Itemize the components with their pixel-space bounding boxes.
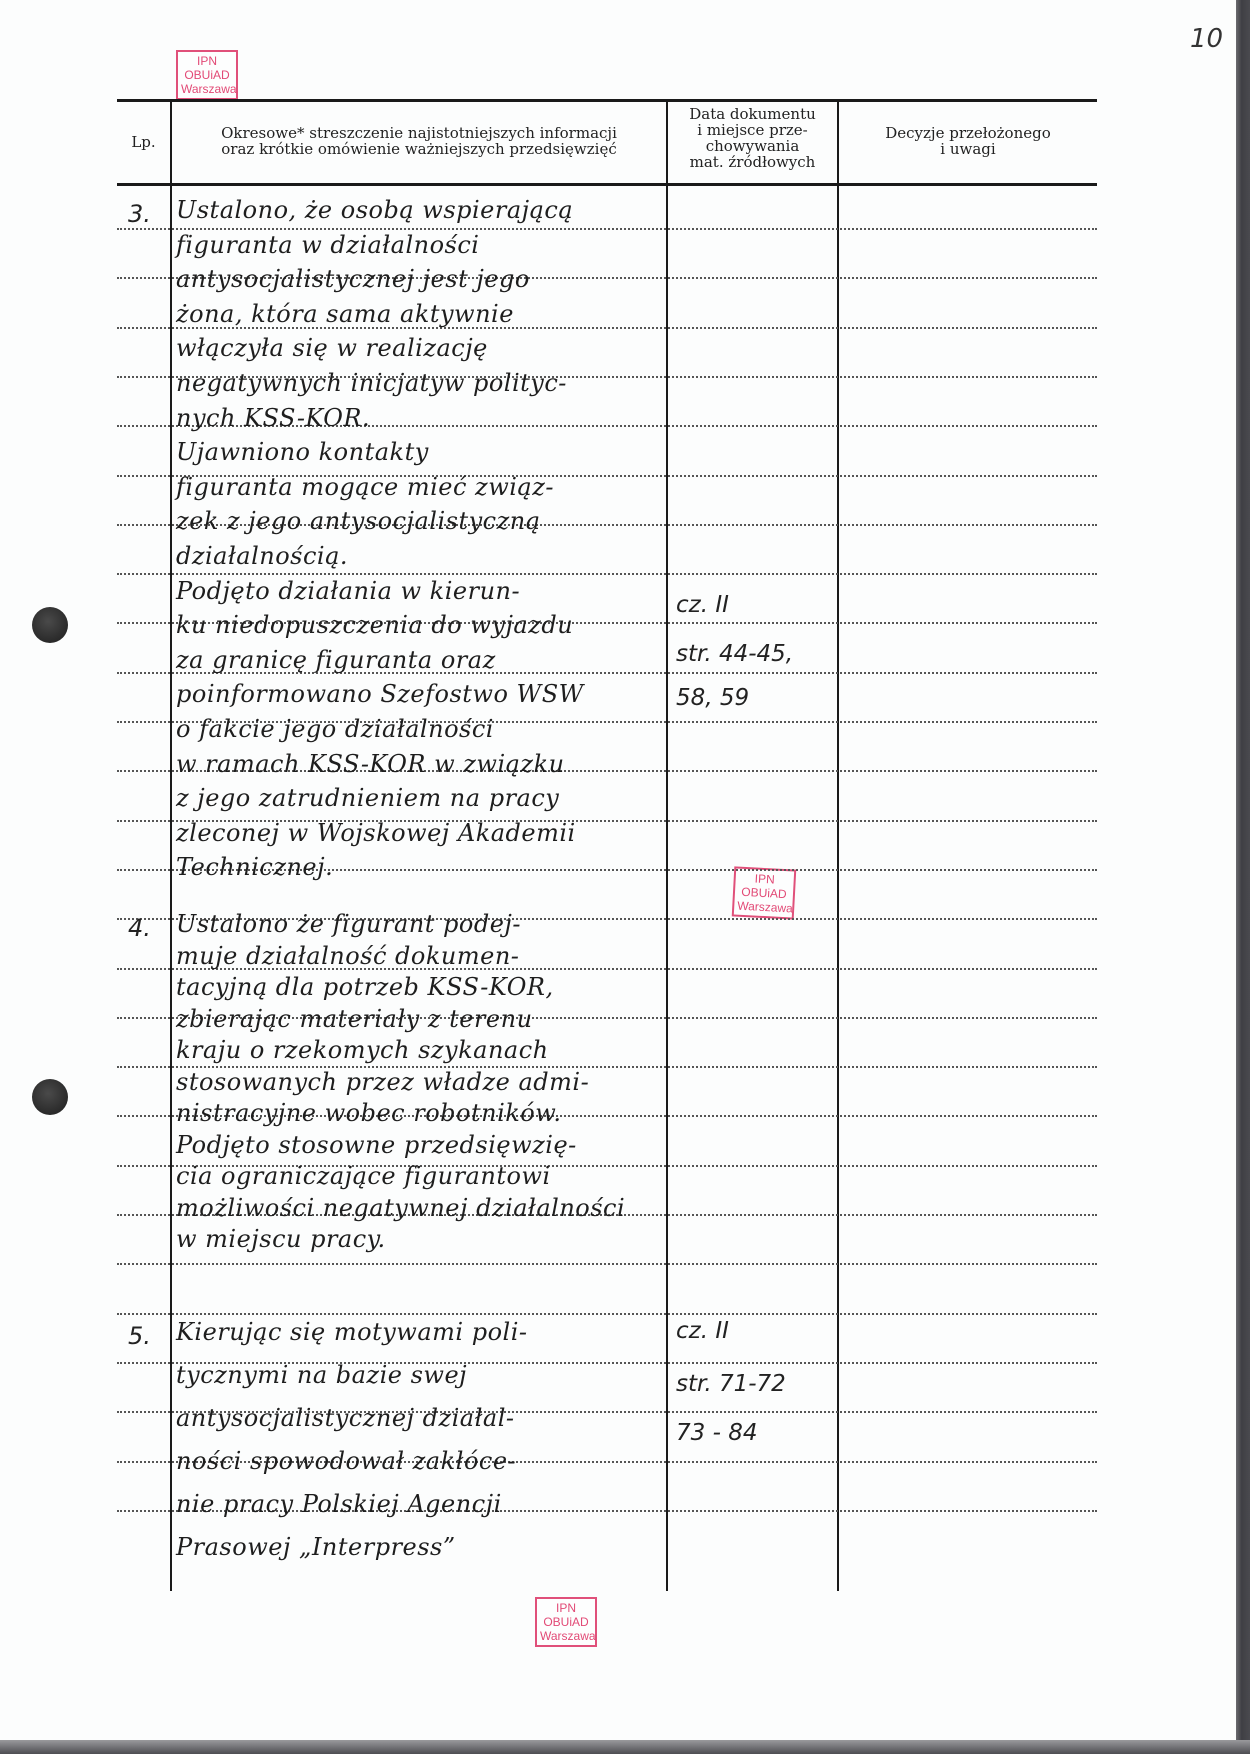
handwritten-line: zbierając materiały z terenu (176, 1005, 533, 1033)
handwritten-line: Technicznej. (176, 853, 333, 881)
header-summary: Okresowe* streszczenie najistotniejszych… (172, 125, 666, 157)
source-reference: cz. II (676, 592, 729, 618)
ruled-line (117, 228, 1097, 230)
scanner-edge-right (1236, 0, 1250, 1754)
handwritten-line: tacyjną dla potrzeb KSS-KOR, (176, 973, 554, 1001)
handwritten-line: Podjęto działania w kierun- (176, 577, 520, 605)
handwritten-line: o fakcie jego działalności (176, 715, 494, 743)
entry-number: 5. (128, 1322, 151, 1350)
source-reference: cz. II (676, 1318, 729, 1344)
handwritten-line: Prasowej „Interpress” (176, 1533, 456, 1561)
ruled-line (117, 1263, 1097, 1265)
ipn-stamp-top: IPN OBUiAD Warszawa (176, 50, 238, 100)
handwritten-line: za granicę figuranta oraz (176, 646, 496, 674)
handwritten-line: negatywnych inicjatyw polityc- (176, 369, 567, 397)
handwritten-line: figuranta w działalności (176, 231, 479, 259)
handwritten-line: Ustalono że figurant podej- (176, 910, 521, 938)
ipn-stamp-bottom: IPN OBUiAD Warszawa (535, 1597, 597, 1647)
source-reference: 58, 59 (676, 685, 749, 711)
table-top-rule (117, 99, 1097, 102)
handwritten-line: figuranta mogące mieć związ- (176, 473, 554, 501)
page-number: 10 (1190, 24, 1223, 54)
handwritten-line: zek z jego antysocjalistyczną (176, 507, 541, 535)
handwritten-line: w ramach KSS-KOR w związku (176, 750, 565, 778)
handwritten-line: nych KSS-KOR. (176, 404, 370, 432)
handwritten-line: Podjęto stosowne przedsięwzię- (176, 1131, 577, 1159)
handwritten-line: Ujawniono kontakty (176, 438, 429, 466)
punch-hole-bottom (32, 1079, 68, 1115)
header-decisions: Decyzje przełożonego i uwagi (839, 125, 1097, 157)
handwritten-line: włączyła się w realizację (176, 334, 488, 362)
handwritten-line: kraju o rzekomych szykanach (176, 1036, 549, 1064)
source-reference: 73 - 84 (676, 1420, 757, 1446)
column-divider-summary (666, 101, 668, 1591)
handwritten-line: cia ograniczające figurantowi (176, 1162, 551, 1190)
punch-hole-top (32, 607, 68, 643)
handwritten-line: ku niedopuszczenia do wyjazdu (176, 611, 573, 639)
handwritten-line: nie pracy Polskiej Agencji (176, 1490, 502, 1518)
handwritten-line: z jego zatrudnieniem na pracy (176, 784, 559, 812)
handwritten-line: nistracyjne wobec robotników. (176, 1099, 562, 1127)
handwritten-line: możliwości negatywnej działalności (176, 1194, 625, 1222)
handwritten-line: muje działalność dokumen- (176, 942, 519, 970)
handwritten-line: antysocjalistycznej jest jego (176, 265, 530, 293)
source-reference: str. 71-72 (676, 1371, 786, 1397)
column-divider-lp (170, 101, 172, 1591)
handwritten-line: poinformowano Szefostwo WSW (176, 680, 584, 708)
header-date-place: Data dokumentu i miejsce prze- chowywani… (668, 106, 837, 170)
source-reference: str. 44-45, (676, 641, 793, 667)
entry-number: 3. (128, 200, 151, 228)
handwritten-line: działalnością. (176, 542, 348, 570)
ruled-line (117, 1313, 1097, 1315)
header-lp: Lp. (117, 134, 170, 150)
handwritten-line: zleconej w Wojskowej Akademii (176, 819, 576, 847)
column-divider-date (837, 101, 839, 1591)
entry-number: 4. (128, 914, 151, 942)
handwritten-line: ności spowodował zakłóce- (176, 1447, 516, 1475)
handwritten-line: żona, która sama aktywnie (176, 300, 514, 328)
handwritten-line: antysocjalistycznej działal- (176, 1404, 514, 1432)
header-bottom-rule (117, 183, 1097, 186)
handwritten-line: w miejscu pracy. (176, 1225, 386, 1253)
handwritten-line: tycznymi na bazie swej (176, 1361, 467, 1389)
handwritten-line: stosowanych przez władze admi- (176, 1068, 589, 1096)
handwritten-line: Ustalono, że osobą wspierającą (176, 196, 573, 224)
ipn-stamp-middle: IPN OBUiAD Warszawa (732, 866, 797, 919)
ruled-line (117, 573, 1097, 575)
handwritten-line: Kierując się motywami poli- (176, 1318, 527, 1346)
scanner-edge-bottom (0, 1740, 1250, 1754)
